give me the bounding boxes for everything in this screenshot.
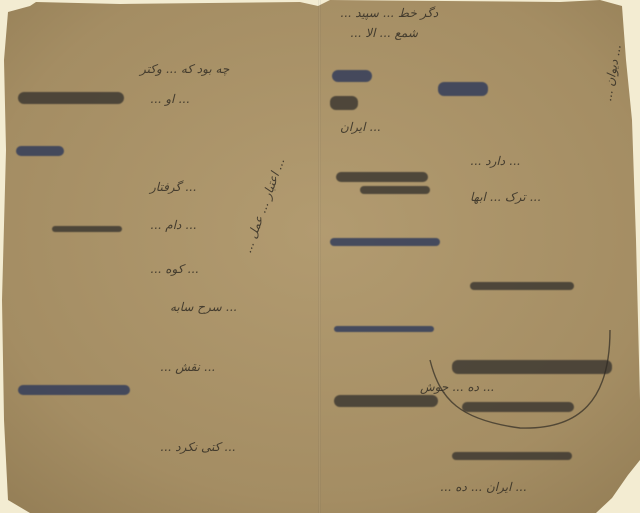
strikethrough xyxy=(336,172,428,182)
manuscript-scan: چه بود که ... وکتر ... او ... ... گرفتار… xyxy=(0,0,640,513)
handwritten-line: ... دارد ... xyxy=(470,154,520,168)
strikethrough xyxy=(18,385,130,395)
handwritten-line: ... ایران xyxy=(340,120,381,134)
handwritten-line: ... سرح سابه xyxy=(170,300,237,314)
strikethrough xyxy=(16,146,64,156)
handwritten-line: ... نقش ... xyxy=(160,360,215,374)
handwritten-line: ... دام ... xyxy=(150,218,197,232)
handwritten-line: ... کتی نکرد ... xyxy=(160,440,236,454)
strikethrough xyxy=(330,96,358,110)
strikethrough xyxy=(360,186,430,194)
strikethrough xyxy=(18,92,124,104)
handwritten-line: شمع ... الا ... xyxy=(350,26,418,40)
strikethrough xyxy=(334,326,434,332)
strikethrough xyxy=(52,226,122,232)
handwritten-line: دگر خط ... سپید ... xyxy=(340,6,438,20)
handwritten-line: ... گرفتار xyxy=(150,180,196,194)
strikethrough xyxy=(330,238,440,246)
handwritten-line: ... ترک ... ابها xyxy=(470,190,541,204)
handwritten-line: ... ایران ... ده ... xyxy=(440,480,527,494)
handwritten-line: ... کوه ... xyxy=(150,262,199,276)
strikethrough xyxy=(452,452,572,460)
strikethrough xyxy=(438,82,488,96)
handwritten-line: ... او ... xyxy=(150,92,190,106)
handwritten-line: چه بود که ... وکتر xyxy=(140,62,229,76)
pen-enclosure-stroke xyxy=(420,290,620,440)
strikethrough xyxy=(470,282,574,290)
strikethrough xyxy=(332,70,372,82)
page-fold xyxy=(318,0,321,513)
